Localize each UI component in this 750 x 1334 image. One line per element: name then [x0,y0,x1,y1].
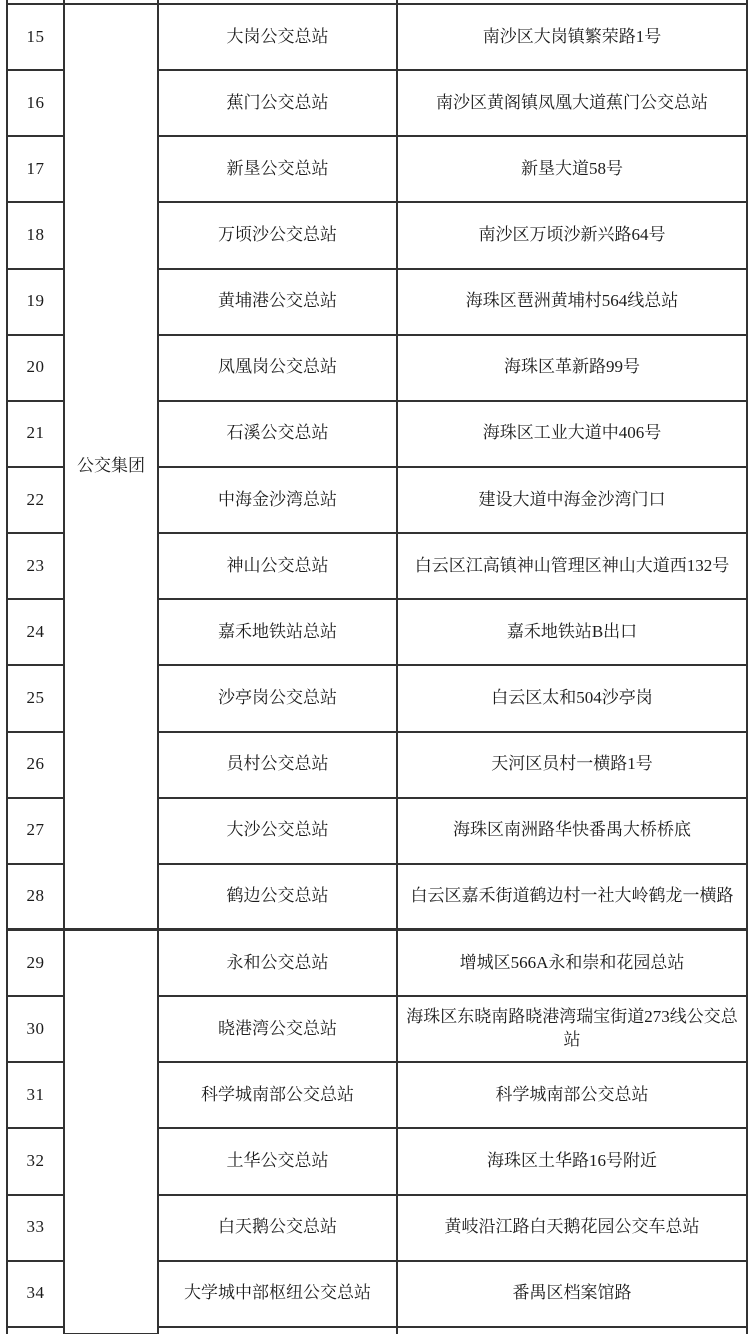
station-address-cell: 建设大道中海金沙湾门口 [397,467,747,533]
row-number-cell: 19 [7,269,64,335]
station-address-cell: 新垦大道58号 [397,136,747,202]
table-cell [7,1327,64,1334]
row-number-cell: 31 [7,1062,64,1128]
screenshot-root: 15公交集团大岗公交总站南沙区大岗镇繁荣路1号16蕉门公交总站南沙区黄阁镇凤凰大… [0,0,750,1334]
station-name-cell: 沙亭岗公交总站 [158,665,397,731]
station-address-cell: 白云区太和504沙亭岗 [397,665,747,731]
station-address-cell: 南沙区万顷沙新兴路64号 [397,202,747,268]
row-number-cell: 22 [7,467,64,533]
row-number-cell: 29 [7,930,64,996]
group-label-cell [64,930,158,1334]
table-row: 29永和公交总站增城区566A永和崇和花园总站 [7,930,747,996]
station-name-cell: 石溪公交总站 [158,401,397,467]
station-address-cell: 海珠区琶洲黄埔村564线总站 [397,269,747,335]
station-name-cell: 大岗公交总站 [158,4,397,70]
station-name-cell: 晓港湾公交总站 [158,996,397,1062]
station-address-cell: 南沙区黄阁镇凤凰大道蕉门公交总站 [397,70,747,136]
station-name-cell: 鹤边公交总站 [158,864,397,930]
row-number-cell: 15 [7,4,64,70]
table-row: 15公交集团大岗公交总站南沙区大岗镇繁荣路1号 [7,4,747,70]
row-number-cell: 23 [7,533,64,599]
station-address-cell: 嘉禾地铁站B出口 [397,599,747,665]
row-number-cell: 34 [7,1261,64,1327]
station-address-cell: 海珠区革新路99号 [397,335,747,401]
station-name-cell: 中海金沙湾总站 [158,467,397,533]
station-name-cell: 嘉禾地铁站总站 [158,599,397,665]
group-label-cell: 公交集团 [64,4,158,930]
station-name-cell: 万顷沙公交总站 [158,202,397,268]
row-number-cell: 28 [7,864,64,930]
station-address-cell: 白云区嘉禾街道鹤边村一社大岭鹤龙一横路 [397,864,747,930]
station-name-cell: 大学城中部枢纽公交总站 [158,1261,397,1327]
station-address-cell: 白云区江高镇神山管理区神山大道西132号 [397,533,747,599]
bus-terminal-table: 15公交集团大岗公交总站南沙区大岗镇繁荣路1号16蕉门公交总站南沙区黄阁镇凤凰大… [6,0,748,1334]
station-address-cell: 海珠区南洲路华快番禺大桥桥底 [397,798,747,864]
station-address-cell: 海珠区土华路16号附近 [397,1128,747,1194]
station-address-cell: 海珠区东晓南路晓港湾瑞宝街道273线公交总站 [397,996,747,1062]
row-number-cell: 24 [7,599,64,665]
bus-terminal-table-body: 15公交集团大岗公交总站南沙区大岗镇繁荣路1号16蕉门公交总站南沙区黄阁镇凤凰大… [7,0,747,1334]
row-number-cell: 26 [7,732,64,798]
station-name-cell: 土华公交总站 [158,1128,397,1194]
table-cell [158,1327,397,1334]
station-name-cell: 永和公交总站 [158,930,397,996]
station-name-cell: 员村公交总站 [158,732,397,798]
row-number-cell: 32 [7,1128,64,1194]
station-name-cell: 新垦公交总站 [158,136,397,202]
station-address-cell: 海珠区工业大道中406号 [397,401,747,467]
station-name-cell: 白天鹅公交总站 [158,1195,397,1261]
row-number-cell: 17 [7,136,64,202]
station-name-cell: 神山公交总站 [158,533,397,599]
station-address-cell: 增城区566A永和崇和花园总站 [397,930,747,996]
station-name-cell: 凤凰岗公交总站 [158,335,397,401]
station-name-cell: 黄埔港公交总站 [158,269,397,335]
row-number-cell: 18 [7,202,64,268]
row-number-cell: 21 [7,401,64,467]
station-address-cell: 科学城南部公交总站 [397,1062,747,1128]
station-address-cell: 黄岐沿江路白天鹅花园公交车总站 [397,1195,747,1261]
station-name-cell: 大沙公交总站 [158,798,397,864]
station-address-cell: 南沙区大岗镇繁荣路1号 [397,4,747,70]
row-number-cell: 20 [7,335,64,401]
row-number-cell: 30 [7,996,64,1062]
row-number-cell: 27 [7,798,64,864]
row-number-cell: 25 [7,665,64,731]
row-number-cell: 33 [7,1195,64,1261]
table-cell [397,1327,747,1334]
station-name-cell: 科学城南部公交总站 [158,1062,397,1128]
station-address-cell: 天河区员村一横路1号 [397,732,747,798]
station-address-cell: 番禺区档案馆路 [397,1261,747,1327]
station-name-cell: 蕉门公交总站 [158,70,397,136]
row-number-cell: 16 [7,70,64,136]
